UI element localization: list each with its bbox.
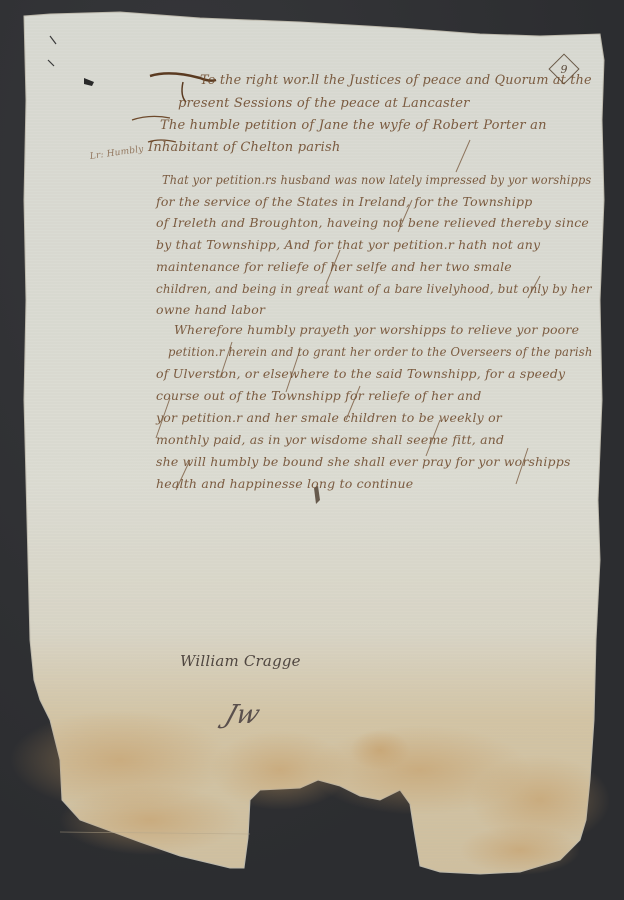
para1-line-7: owne hand labor xyxy=(156,302,265,317)
para2-line-4: course out of the Townshipp for reliefe … xyxy=(156,388,481,403)
para1-line-4: by that Townshipp, And for that yor peti… xyxy=(156,237,540,252)
petition-intro-line-1: The humble petition of Jane the wyfe of … xyxy=(160,118,547,133)
para1-line-5: maintenance for reliefe of her selfe and… xyxy=(156,259,512,274)
para1-line-2: for the service of the States in Ireland… xyxy=(156,194,532,209)
para2-line-7: she will humbly be bound she shall ever … xyxy=(156,454,571,469)
address-line-1: To the right wor.ll the Justices of peac… xyxy=(200,73,592,88)
para2-line-8: health and happinesse long to continue xyxy=(156,476,413,491)
para2-line-5: yor petition.r and her smale children to… xyxy=(156,410,502,425)
para1-line-3: of Ireleth and Broughton, haveing not be… xyxy=(156,215,589,230)
petition-intro-line-2: Inhabitant of Chelton parish xyxy=(148,140,340,155)
signature: William Cragge xyxy=(180,652,301,670)
para1-line-1: That yor petition.rs husband was now lat… xyxy=(162,172,591,187)
para1-line-6: children, and being in great want of a b… xyxy=(156,281,592,296)
manuscript-page xyxy=(0,0,624,900)
para2-line-3: of Ulverston, or elsewhere to the said T… xyxy=(156,366,565,381)
address-line-2: present Sessions of the peace at Lancast… xyxy=(178,96,470,111)
para2-line-2: petition.r herein and to grant her order… xyxy=(168,344,592,359)
para2-line-6: monthly paid, as in yor wisdome shall se… xyxy=(156,432,504,447)
para2-line-1: Wherefore humbly prayeth yor worshipps t… xyxy=(174,322,579,337)
